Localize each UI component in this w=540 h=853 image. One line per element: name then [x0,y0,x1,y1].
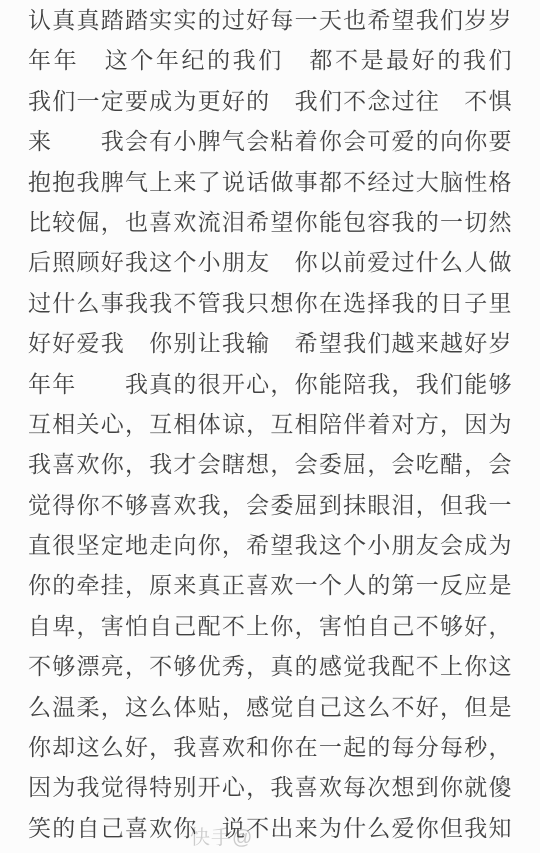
text-line: 年年 这个年纪的我们 都不是最好的我们 但 [28,40,512,80]
text-line: 你的牵挂，原来真正喜欢一个人的第一反应是 [28,565,512,605]
text-line: 好好爱我 你别让我输 希望我们越来越好岁岁 [28,323,512,363]
text-line: 觉得你不够喜欢我，会委屈到抹眼泪，但我一 [28,485,512,525]
text-line: 互相关心，互相体谅，互相陪伴着对方，因为 [28,404,512,444]
text-line: 笑的自己喜欢你 说不出来为什么爱你但我知 [28,808,512,848]
text-line: 直很坚定地走向你，希望我这个小朋友会成为 [28,525,512,565]
text-line: 比较倔，也喜欢流泪希望你能包容我的一切然 [28,202,512,242]
text-line: 过什么事我我不管我只想你在选择我的日子里 [28,283,512,323]
text-line: 认真真踏踏实实的过好每一天也希望我们岁岁 [28,0,512,40]
text-line: 抱抱我脾气上来了说话做事都不经过大脑性格 [28,162,512,202]
text-line: 后照顾好我这个小朋友 你以前爱过什么人做 [28,242,512,282]
text-line: 我喜欢你，我才会瞎想，会委屈，会吃醋，会 [28,444,512,484]
text-line: 不够漂亮，不够优秀，真的感觉我配不上你这 [28,646,512,686]
text-line: 你却这么好，我喜欢和你在一起的每分每秒， [28,727,512,767]
text-line: 因为我觉得特别开心，我喜欢每次想到你就傻 [28,767,512,807]
text-line: 来 我会有小脾气会粘着你会可爱的向你要 [28,121,512,161]
text-line: 我们一定要成为更好的 我们不念过往 不惧末 [28,81,512,121]
text-line: 自卑，害怕自己配不上你，害怕自己不够好， [28,606,512,646]
text-line: 年年 我真的很开心，你能陪我，我们能够 [28,364,512,404]
text-line: 么温柔，这么体贴，感觉自己这么不好，但是 [28,687,512,727]
text-body: 认真真踏踏实实的过好每一天也希望我们岁岁 年年 这个年纪的我们 都不是最好的我们… [28,0,512,848]
text-post-page: 快手@ 认真真踏踏实实的过好每一天也希望我们岁岁 年年 这个年纪的我们 都不是最… [0,0,540,853]
